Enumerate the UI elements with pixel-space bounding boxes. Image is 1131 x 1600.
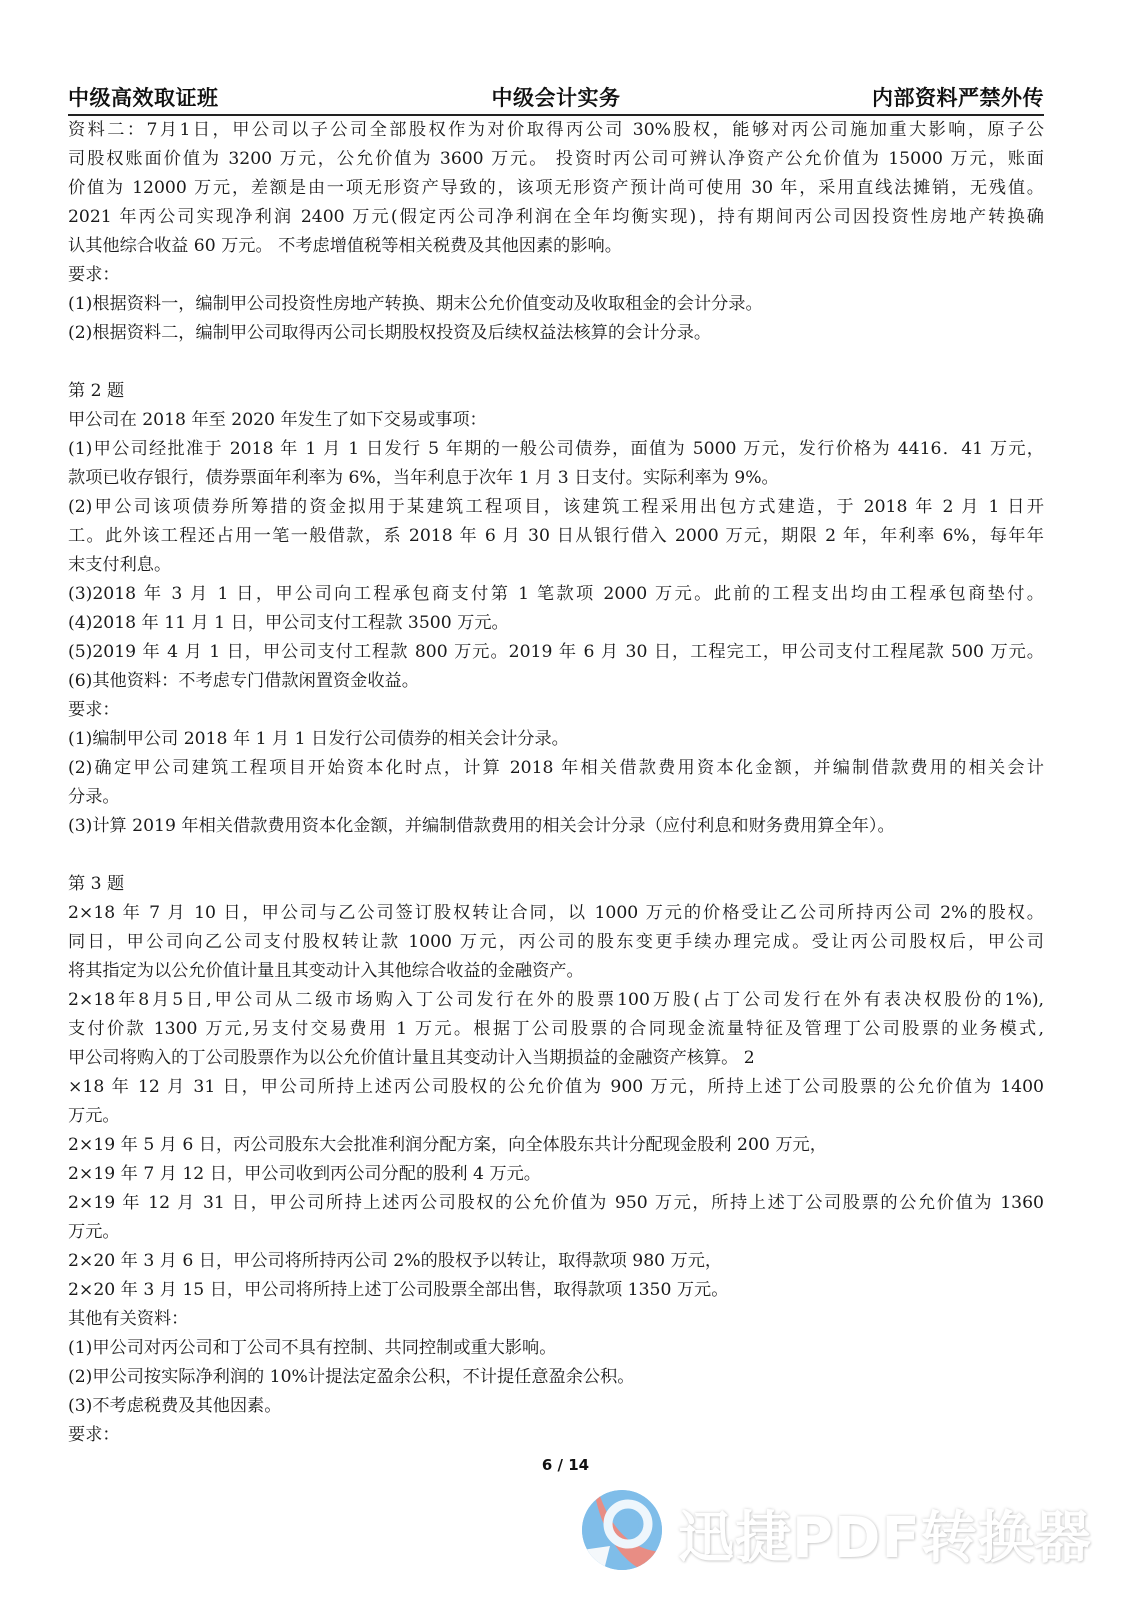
page-header: 中级高效取证班 中级会计实务 内部资料严禁外传 bbox=[68, 80, 1044, 116]
requirements-label: 要求： bbox=[68, 696, 1044, 725]
text-line: 2021 年丙公司实现净利润 2400 万元(假定丙公司净利润在全年均衡实现)，… bbox=[68, 203, 1044, 232]
text-line: 将其指定为以公允价值计量且其变动计入其他综合收益的金融资产。 bbox=[68, 957, 1044, 986]
text-line: (4)2018 年 11 月 1 日，甲公司支付工程款 3500 万元。 bbox=[68, 609, 1044, 638]
text-line: (1)编制甲公司 2018 年 1 月 1 日发行公司债券的相关会计分录。 bbox=[68, 725, 1044, 754]
text-line: 万元。 bbox=[68, 1102, 1044, 1131]
text-line: 工。此外该工程还占用一笔一般借款，系 2018 年 6 月 30 日从银行借入 … bbox=[68, 522, 1044, 551]
text-line: 价值为 12000 万元，差额是由一项无形资产导致的，该项无形资产预计尚可使用 … bbox=[68, 174, 1044, 203]
document-body: 资料二：7月1日，甲公司以子公司全部股权作为对价取得丙公司 30%股权，能够对丙… bbox=[68, 116, 1044, 1450]
text-line: (2)甲公司按实际净利润的 10%计提法定盈余公积，不计提任意盈余公积。 bbox=[68, 1363, 1044, 1392]
text-line: 同日，甲公司向乙公司支付股权转让款 1000 万元，丙公司的股东变更手续办理完成… bbox=[68, 928, 1044, 957]
page-number: 6 / 14 bbox=[0, 1456, 1131, 1474]
text-line: 万元。 bbox=[68, 1218, 1044, 1247]
text-line: 司股权账面价值为 3200 万元，公允价值为 3600 万元。 投资时丙公司可辨… bbox=[68, 145, 1044, 174]
header-confidential-notice: 内部资料严禁外传 bbox=[872, 82, 1044, 112]
text-line: 认其他综合收益 60 万元。 不考虑增值税等相关税费及其他因素的影响。 bbox=[68, 232, 1044, 261]
text-line: (6)其他资料：不考虑专门借款闲置资金收益。 bbox=[68, 667, 1044, 696]
text-line: (2)甲公司该项债券所筹措的资金拟用于某建筑工程项目，该建筑工程采用出包方式建造… bbox=[68, 493, 1044, 522]
text-line: 2×18年8月5日,甲公司从二级市场购入丁公司发行在外的股票100万股(占丁公司… bbox=[68, 986, 1044, 1015]
requirements-label: 要求： bbox=[68, 261, 1044, 290]
other-info-label: 其他有关资料： bbox=[68, 1305, 1044, 1334]
text-line: 甲公司将购入的丁公司股票作为以公允价值计量且其变动计入当期损益的金融资产核算。 … bbox=[68, 1044, 1044, 1073]
text-line: ×18 年 12 月 31 日，甲公司所持上述丙公司股权的公允价值为 900 万… bbox=[68, 1073, 1044, 1102]
question-title-3: 第 3 题 bbox=[68, 870, 1044, 899]
text-line: 甲公司在 2018 年至 2020 年发生了如下交易或事项： bbox=[68, 406, 1044, 435]
text-line: (1)根据资料一，编制甲公司投资性房地产转换、期末公允价值变动及收取租金的会计分… bbox=[68, 290, 1044, 319]
text-line: (3)2018 年 3 月 1 日，甲公司向工程承包商支付第 1 笔款项 200… bbox=[68, 580, 1044, 609]
text-line: (2)确定甲公司建筑工程项目开始资本化时点，计算 2018 年相关借款费用资本化… bbox=[68, 754, 1044, 783]
text-line: 末支付利息。 bbox=[68, 551, 1044, 580]
blank-line bbox=[68, 841, 1044, 870]
text-line: 2×18 年 7 月 10 日，甲公司与乙公司签订股权转让合同，以 1000 万… bbox=[68, 899, 1044, 928]
blank-line bbox=[68, 348, 1044, 377]
text-line: 2×19 年 5 月 6 日，丙公司股东大会批准利润分配方案，向全体股东共计分配… bbox=[68, 1131, 1044, 1160]
xunjie-pdf-logo-icon bbox=[582, 1490, 662, 1570]
text-line: (1)甲公司经批准于 2018 年 1 月 1 日发行 5 年期的一般公司债券，… bbox=[68, 435, 1044, 464]
watermark-text: 迅捷PDF转换器 bbox=[678, 1494, 1092, 1574]
text-line: 款项已收存银行，债券票面年利率为 6%，当年利息于次年 1 月 3 日支付。实际… bbox=[68, 464, 1044, 493]
text-line: (3)不考虑税费及其他因素。 bbox=[68, 1392, 1044, 1421]
text-line: (3)计算 2019 年相关借款费用资本化金额，并编制借款费用的相关会计分录（应… bbox=[68, 812, 1044, 841]
text-line: 2×20 年 3 月 15 日，甲公司将所持上述丁公司股票全部出售，取得款项 1… bbox=[68, 1276, 1044, 1305]
requirements-label: 要求： bbox=[68, 1421, 1044, 1450]
text-line: 2×19 年 7 月 12 日，甲公司收到丙公司分配的股利 4 万元。 bbox=[68, 1160, 1044, 1189]
text-line: (1)甲公司对丙公司和丁公司不具有控制、共同控制或重大影响。 bbox=[68, 1334, 1044, 1363]
text-line: 支付价款 1300 万元,另支付交易费用 1 万元。根据丁公司股票的合同现金流量… bbox=[68, 1015, 1044, 1044]
text-line: 分录。 bbox=[68, 783, 1044, 812]
text-line: 2×19 年 12 月 31 日，甲公司所持上述丙公司股权的公允价值为 950 … bbox=[68, 1189, 1044, 1218]
text-line: 资料二：7月1日，甲公司以子公司全部股权作为对价取得丙公司 30%股权，能够对丙… bbox=[68, 116, 1044, 145]
text-line: 2×20 年 3 月 6 日，甲公司将所持丙公司 2%的股权予以转让，取得款项 … bbox=[68, 1247, 1044, 1276]
watermark: 迅捷PDF转换器 bbox=[582, 1486, 1102, 1576]
question-title-2: 第 2 题 bbox=[68, 377, 1044, 406]
text-line: (5)2019 年 4 月 1 日，甲公司支付工程款 800 万元。2019 年… bbox=[68, 638, 1044, 667]
text-line: (2)根据资料二，编制甲公司取得丙公司长期股权投资及后续权益法核算的会计分录。 bbox=[68, 319, 1044, 348]
